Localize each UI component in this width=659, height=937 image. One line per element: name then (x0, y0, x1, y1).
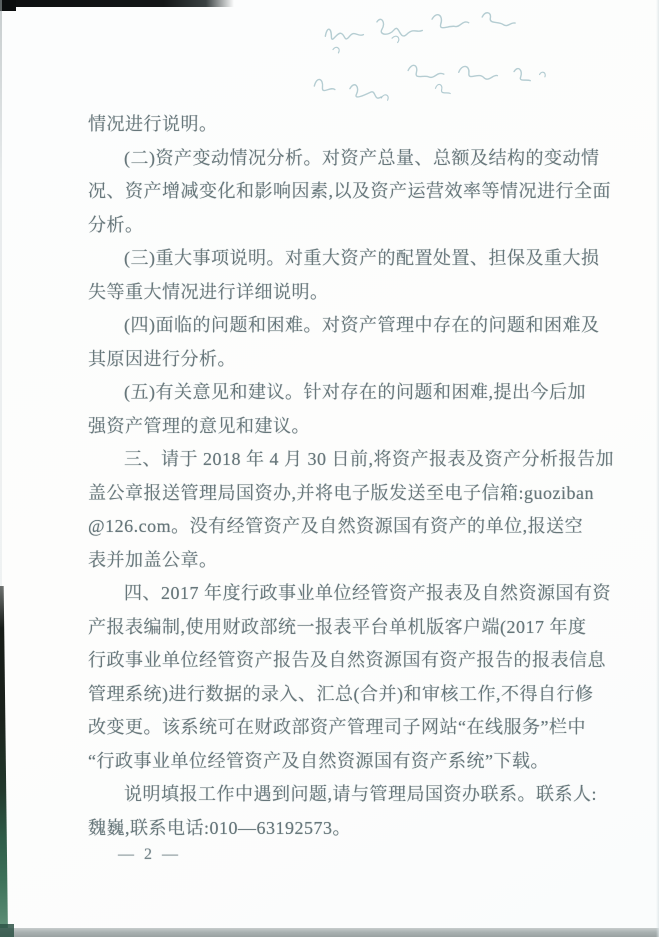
text-line: (二)资产变动情况分析。对资产总量、总额及结构的变动情 (88, 142, 620, 176)
text-line: 失等重大情况进行详细说明。 (88, 276, 620, 310)
scan-edge-top (0, 0, 234, 7)
text-line: (四)面临的问题和困难。对资产管理中存在的问题和困难及 (88, 309, 620, 343)
text-line: 行政事业单位经管资产报告及自然资源国有资产报告的报表信息 (88, 644, 620, 678)
text-line: 其原因进行分析。 (88, 343, 620, 377)
text-line: 况、资产增减变化和影响因素,以及资产运营效率等情况进行全面 (88, 175, 620, 209)
text-line: (三)重大事项说明。对重大资产的配置处置、担保及重大损 (88, 242, 620, 276)
text-line: “行政事业单位经管资产及自然资源国有资产系统”下载。 (88, 745, 620, 779)
text-line: 说明填报工作中遇到问题,请与管理局国资办联系。联系人: (88, 778, 620, 812)
text-line: @126.com。没有经管资产及自然资源国有资产的单位,报送空 (88, 510, 620, 544)
document-body-text: 情况进行说明。(二)资产变动情况分析。对资产总量、总额及结构的变动情况、资产增减… (88, 108, 620, 845)
text-line: 表并加盖公章。 (88, 544, 620, 578)
text-line: 管理系统)进行数据的录入、汇总(合并)和审核工作,不得自行修 (88, 678, 620, 712)
text-line: 魏巍,联系电话:010—63192573。 (88, 812, 620, 846)
scan-edge-top-left-corner (0, 0, 16, 11)
text-line: 改变更。该系统可在财政部资产管理司子网站“在线服务”栏中 (88, 711, 620, 745)
text-line: (五)有关意见和建议。针对存在的问题和困难,提出今后加 (88, 376, 620, 410)
scan-edge-bottom-band (0, 928, 659, 937)
text-line: 产报表编制,使用财政部统一报表平台单机版客户端(2017 年度 (88, 611, 620, 645)
scan-edge-left-dark-strip (0, 586, 8, 937)
text-line: 三、请于 2018 年 4 月 30 日前,将资产报表及资产分析报告加 (88, 443, 620, 477)
text-line: 分析。 (88, 209, 620, 243)
scan-edge-bottom-left-corner (0, 924, 14, 937)
text-line: 情况进行说明。 (88, 108, 620, 142)
handwritten-note (280, 0, 591, 123)
text-line: 四、2017 年度行政事业单位经管资产报表及自然资源国有资 (88, 577, 620, 611)
scan-edge-left-faint-line (0, 0, 2, 600)
text-line: 强资产管理的意见和建议。 (88, 410, 620, 444)
scanned-document-page: 情况进行说明。(二)资产变动情况分析。对资产总量、总额及结构的变动情况、资产增减… (0, 0, 659, 937)
text-line: 盖公章报送管理局国资办,并将电子版发送至电子信箱:guoziban (88, 477, 620, 511)
page-number: — 2 — (118, 846, 181, 864)
